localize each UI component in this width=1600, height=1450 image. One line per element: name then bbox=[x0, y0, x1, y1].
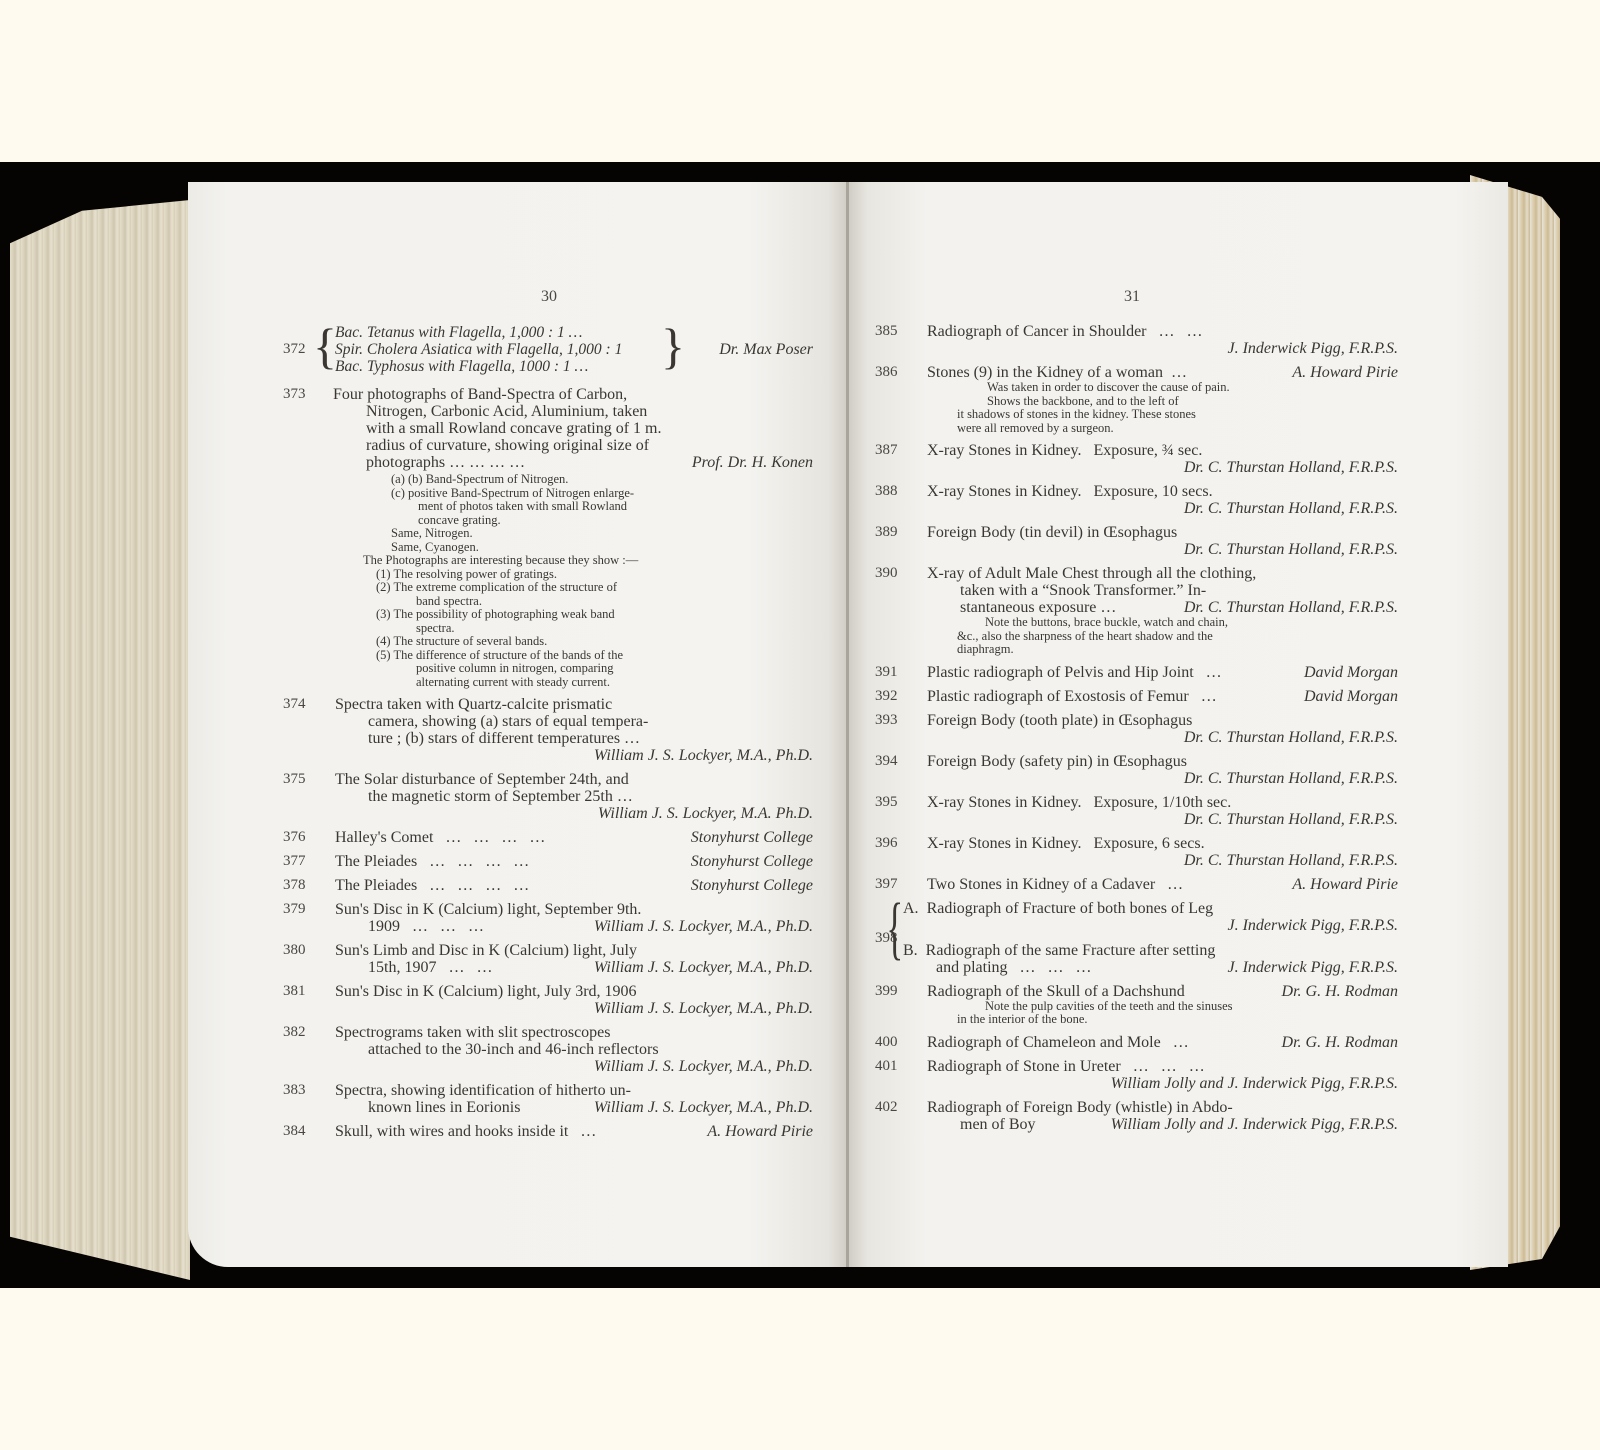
entry-author: Dr. C. Thurstan Holland, F.R.P.S. bbox=[927, 729, 1398, 746]
entry-391: 391 Plastic radiograph of Pelvis and Hip… bbox=[875, 664, 1398, 681]
entry-author: Dr. C. Thurstan Holland, F.R.P.S. bbox=[927, 852, 1398, 869]
entry-author: A. Howard Pirie bbox=[1292, 364, 1398, 381]
left-page-edges bbox=[10, 200, 190, 1280]
entry-397: 397 Two Stones in Kidney of a Cadaver … … bbox=[875, 876, 1398, 893]
entry-author: Dr. C. Thurstan Holland, F.R.P.S. bbox=[927, 770, 1398, 787]
left-brace-icon: { bbox=[313, 320, 337, 372]
entry-387: 387 X-ray Stones in Kidney. Exposure, ¾ … bbox=[875, 442, 1398, 476]
entry-author: William J. S. Lockyer, M.A., Ph.D. bbox=[335, 747, 813, 764]
entry-author: William Jolly and J. Inderwick Pigg, F.R… bbox=[927, 1075, 1398, 1092]
entry-378: 378 The Pleiades … … … … Stonyhurst Coll… bbox=[283, 877, 813, 894]
entry-375: 375 The Solar disturbance of September 2… bbox=[283, 771, 813, 822]
entry-401: 401 Radiograph of Stone in Ureter … … … … bbox=[875, 1058, 1398, 1092]
entry-402: 402 Radiograph of Foreign Body (whistle)… bbox=[875, 1099, 1398, 1133]
entry-392: 392 Plastic radiograph of Exostosis of F… bbox=[875, 688, 1398, 705]
entry-author: Dr. C. Thurstan Holland, F.R.P.S. bbox=[927, 500, 1398, 517]
entry-author: A. Howard Pirie bbox=[1292, 876, 1398, 893]
entry-376: 376 Halley's Comet … … … … Stonyhurst Co… bbox=[283, 829, 813, 846]
entry-380: 380 Sun's Limb and Disc in K (Calcium) l… bbox=[283, 942, 813, 976]
entry-author: Dr. G. H. Rodman bbox=[1282, 983, 1398, 1000]
entry-author: William Jolly and J. Inderwick Pigg, F.R… bbox=[1111, 1116, 1398, 1133]
entry-400: 400 Radiograph of Chameleon and Mole … D… bbox=[875, 1034, 1398, 1051]
left-brace-icon: { bbox=[886, 894, 903, 964]
entry-notes: Note the buttons, brace buckle, watch an… bbox=[927, 616, 1319, 657]
left-column: 372 { Bac. Tetanus with Flagella, 1,000 … bbox=[283, 324, 813, 1147]
entry-author: Stonyhurst College bbox=[691, 829, 813, 846]
entry-388: 388 X-ray Stones in Kidney. Exposure, 10… bbox=[875, 483, 1398, 517]
entry-372: 372 { Bac. Tetanus with Flagella, 1,000 … bbox=[283, 324, 813, 376]
entry-389: 389 Foreign Body (tin devil) in Œsophagu… bbox=[875, 524, 1398, 558]
entry-author: J. Inderwick Pigg, F.R.P.S. bbox=[927, 340, 1398, 357]
entry-author: Dr. C. Thurstan Holland, F.R.P.S. bbox=[927, 541, 1398, 558]
right-column: 385 Radiograph of Cancer in Shoulder … …… bbox=[875, 323, 1398, 1140]
entry-author: Prof. Dr. H. Konen bbox=[692, 454, 813, 471]
page-number-left: 30 bbox=[541, 288, 557, 306]
entry-number: 372 bbox=[283, 341, 306, 358]
entry-377: 377 The Pleiades … … … … Stonyhurst Coll… bbox=[283, 853, 813, 870]
entry-author: Stonyhurst College bbox=[691, 877, 813, 894]
entry-author: David Morgan bbox=[1304, 688, 1398, 705]
entry-notes: Note the pulp cavities of the teeth and … bbox=[927, 1000, 1319, 1027]
entry-382: 382 Spectrograms taken with slit spectro… bbox=[283, 1024, 813, 1075]
entry-list: The Photographs are interesting because … bbox=[333, 554, 813, 689]
entry-author: Dr. C. Thurstan Holland, F.R.P.S. bbox=[927, 459, 1398, 476]
entry-390: 390 X-ray of Adult Male Chest through al… bbox=[875, 565, 1398, 657]
entry-author: Dr. G. H. Rodman bbox=[1282, 1034, 1398, 1051]
entry-author: William J. S. Lockyer, M.A., Ph.D. bbox=[594, 918, 813, 935]
entry-398-part-b: B. Radiograph of the same Fracture after… bbox=[903, 942, 1398, 976]
entry-author: William J. S. Lockyer, M.A., Ph.D. bbox=[594, 959, 813, 976]
entry-author: David Morgan bbox=[1304, 664, 1398, 681]
entry-398: 398 { A. Radiograph of Fracture of both … bbox=[875, 900, 1398, 976]
entry-author: Dr. C. Thurstan Holland, F.R.P.S. bbox=[927, 811, 1398, 828]
book-gutter bbox=[846, 182, 849, 1267]
entry-notes: (a) (b) Band-Spectrum of Nitrogen. (c) p… bbox=[333, 473, 813, 554]
entry-379: 379 Sun's Disc in K (Calcium) light, Sep… bbox=[283, 901, 813, 935]
entry-398-part-a: A. Radiograph of Fracture of both bones … bbox=[903, 900, 1398, 934]
entry-374: 374 Spectra taken with Quartz-calcite pr… bbox=[283, 696, 813, 764]
entry-author: Dr. C. Thurstan Holland, F.R.P.S. bbox=[1184, 599, 1398, 616]
entry-394: 394 Foreign Body (safety pin) in Œsophag… bbox=[875, 753, 1398, 787]
entry-381: 381 Sun's Disc in K (Calcium) light, Jul… bbox=[283, 983, 813, 1017]
entry-383: 383 Spectra, showing identification of h… bbox=[283, 1082, 813, 1116]
entry-395: 395 X-ray Stones in Kidney. Exposure, 1/… bbox=[875, 794, 1398, 828]
entry-author: A. Howard Pirie bbox=[707, 1123, 813, 1140]
entry-384: 384 Skull, with wires and hooks inside i… bbox=[283, 1123, 813, 1140]
entry-385: 385 Radiograph of Cancer in Shoulder … …… bbox=[875, 323, 1398, 357]
entry-386: 386 Stones (9) in the Kidney of a woman … bbox=[875, 364, 1398, 435]
right-brace-icon: } bbox=[661, 320, 685, 372]
entry-author: J. Inderwick Pigg, F.R.P.S. bbox=[1228, 959, 1399, 976]
entry-author: William J. S. Lockyer, M.A., Ph.D. bbox=[335, 1058, 813, 1075]
entry-393: 393 Foreign Body (tooth plate) in Œsopha… bbox=[875, 712, 1398, 746]
entry-notes: Was taken in order to discover the cause… bbox=[927, 381, 1319, 435]
entry-author: William J. S. Lockyer, M.A. Ph.D. bbox=[335, 805, 813, 822]
entry-399: 399 Radiograph of the Skull of a Dachshu… bbox=[875, 983, 1398, 1027]
entry-author: J. Inderwick Pigg, F.R.P.S. bbox=[903, 917, 1398, 934]
entry-396: 396 X-ray Stones in Kidney. Exposure, 6 … bbox=[875, 835, 1398, 869]
entry-author: William J. S. Lockyer, M.A., Ph.D. bbox=[594, 1099, 813, 1116]
entry-373: 373 Four photographs of Band-Spectra of … bbox=[283, 386, 813, 689]
page-number-right: 31 bbox=[1124, 288, 1140, 306]
entry-author: Dr. Max Poser bbox=[719, 341, 813, 358]
entry-author: William J. S. Lockyer, M.A., Ph.D. bbox=[335, 1000, 813, 1017]
entry-author: Stonyhurst College bbox=[691, 853, 813, 870]
